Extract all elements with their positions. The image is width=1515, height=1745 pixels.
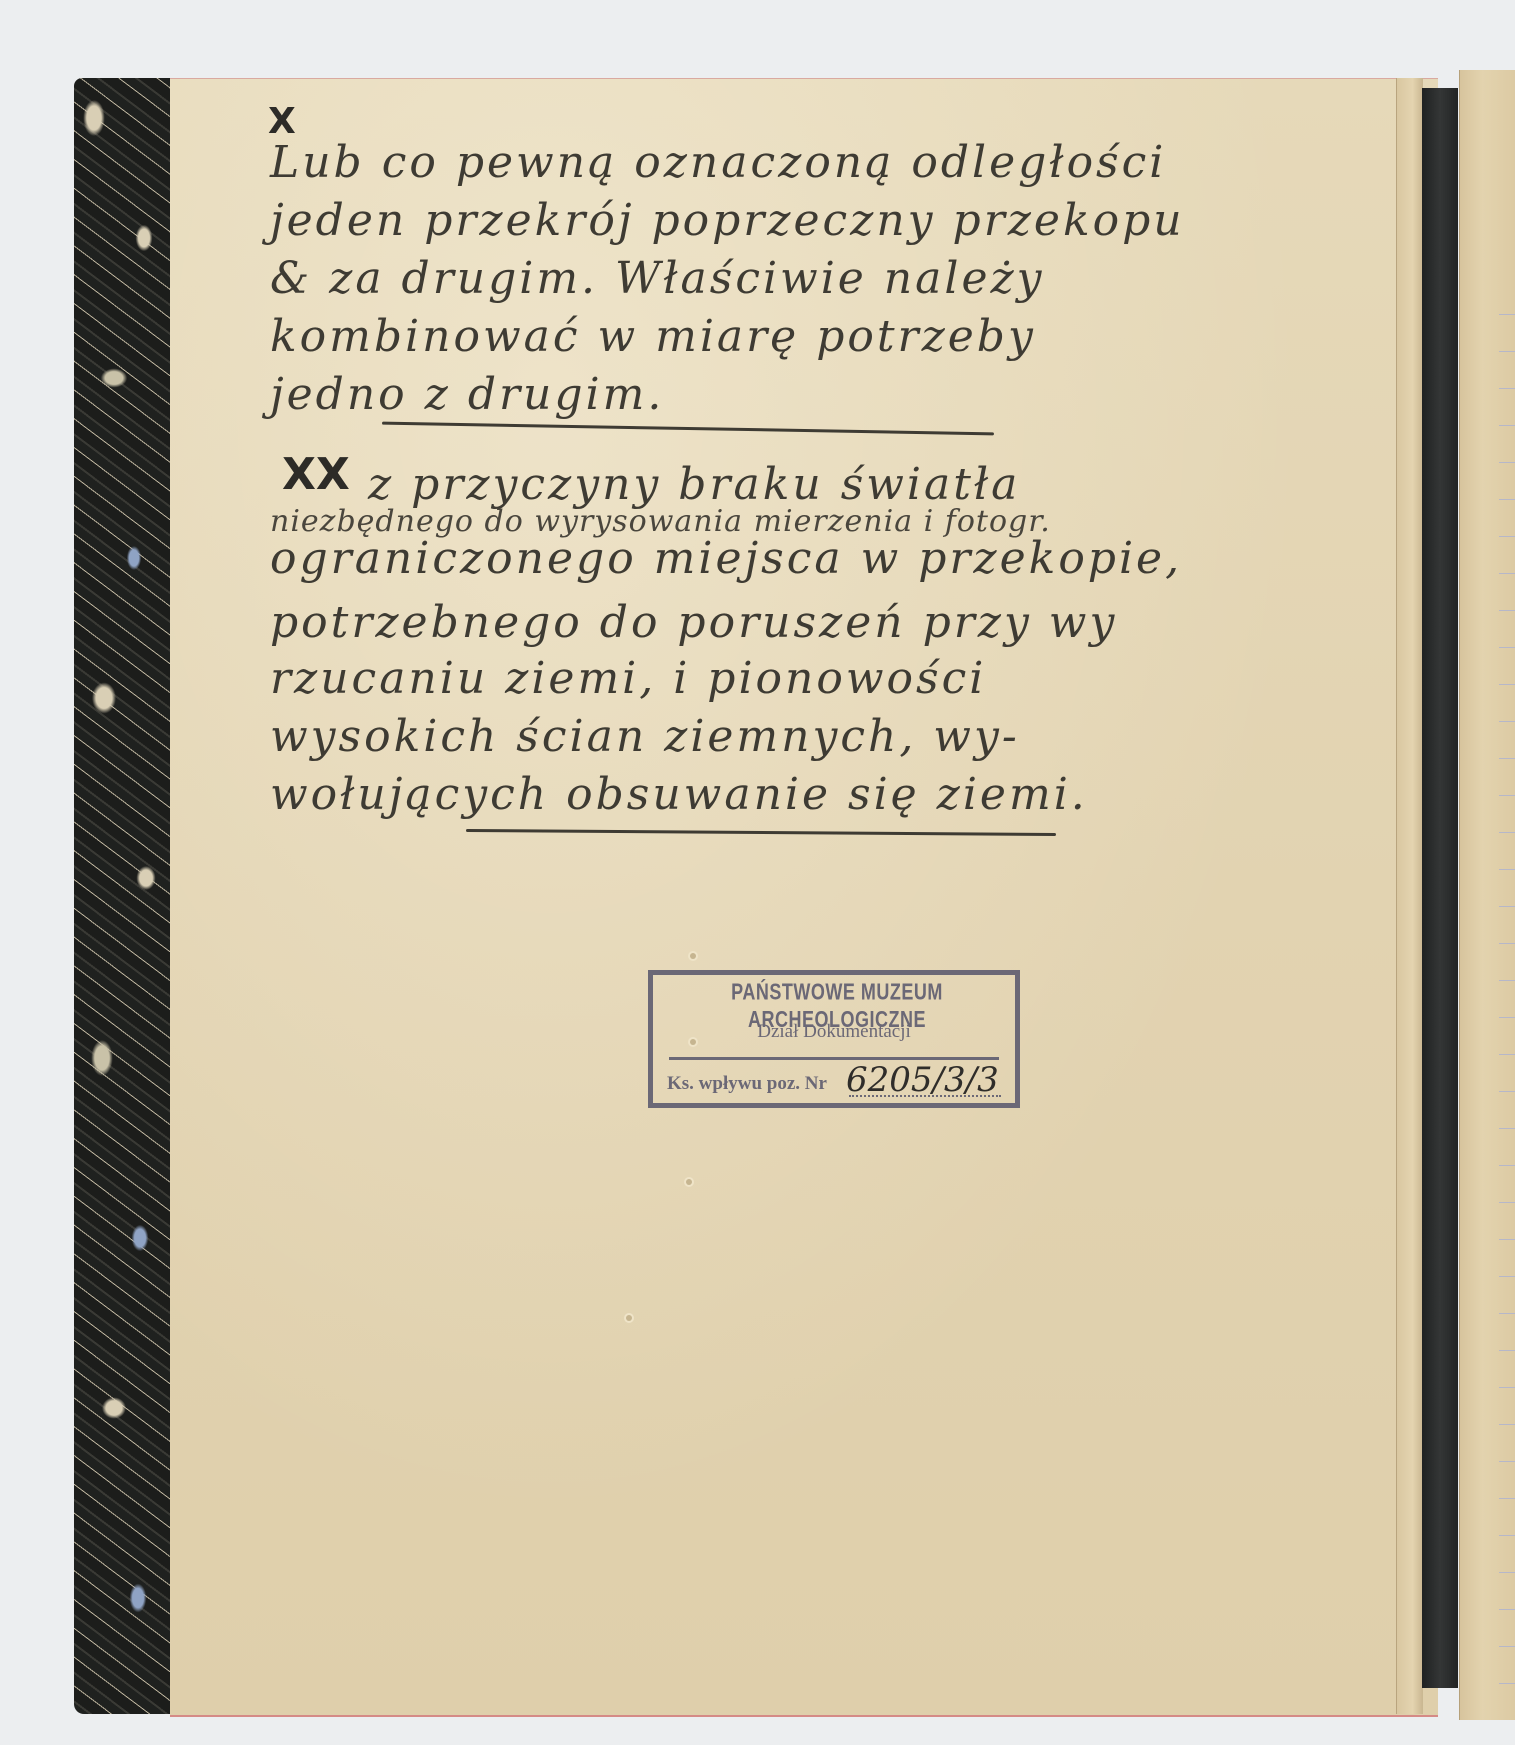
inventory-number: 6205/3/3 [846,1060,999,1100]
note1-line-1: Lub co pewną oznaczoną odległości [270,141,1166,185]
pin-hole [626,1315,632,1321]
note2-line-1: z przyczyny braku światła [368,463,1020,507]
notebook: X Lub co pewną oznaczoną odległości jede… [74,78,1515,1714]
separator-line [382,422,994,436]
note2-line-6: wysokich ścian ziemnych, wy- [270,715,1020,759]
stamp-department: Dział Dokumentacji [653,1021,1015,1043]
next-page-grid [1499,278,1515,1718]
marbled-cover-spine [74,78,170,1714]
note1-line-5: jedno z drugim. [270,373,664,417]
note2-marker: XX [282,449,350,500]
note1-line-3: & za drugim. Właściwie należy [270,257,1045,301]
note2-line-5: rzucaniu ziemi, i pionowości [270,657,986,701]
note2-line-3: ograniczonego miejsca w przekopie, [270,537,1182,581]
stamp-entry-label: Ks. wpływu poz. Nr [667,1073,827,1095]
binding-cloth [1422,88,1458,1688]
pin-hole [690,953,696,959]
pin-hole [686,1179,692,1185]
note1-line-4: kombinować w miarę potrzeby [270,315,1036,359]
notebook-page: X Lub co pewną oznaczoną odległości jede… [170,78,1438,1717]
binding-flap [1396,78,1423,1714]
note2-line-4: potrzebnego do poruszeń przy wy [270,601,1117,645]
note1-line-2: jeden przekrój poprzeczny przekopu [270,199,1185,243]
note1-marker: X [268,101,296,142]
note2-line-7: wołujących obsuwanie się ziemi. [270,773,1088,817]
separator-line-2 [466,829,1056,836]
